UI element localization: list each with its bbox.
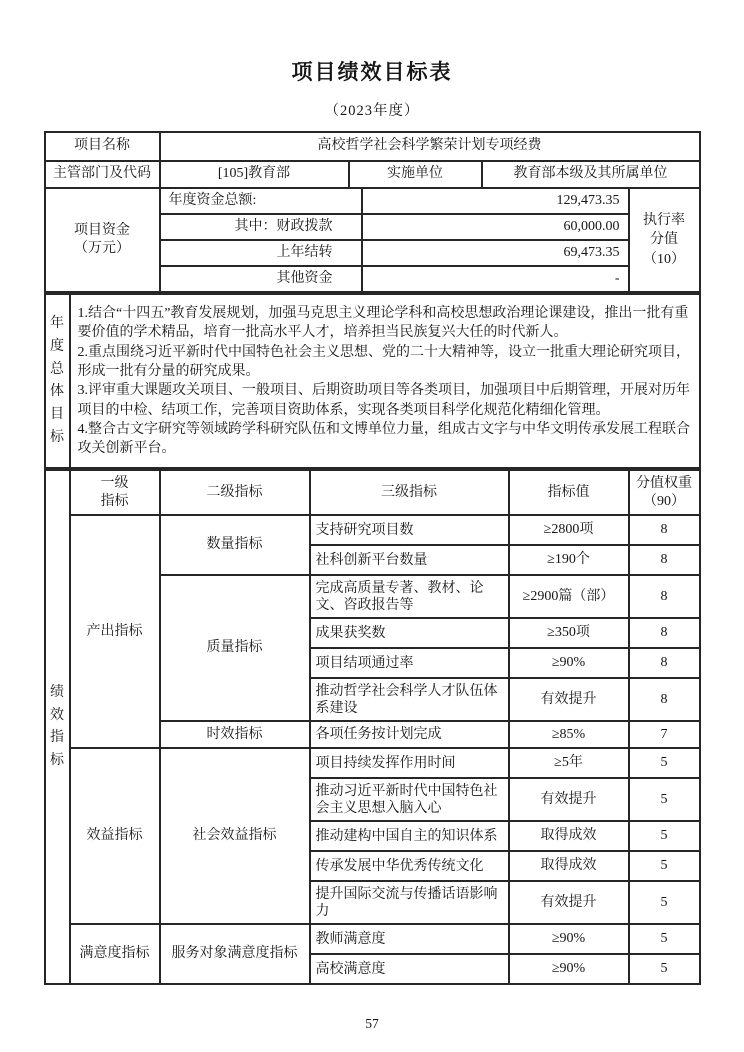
weight-cell: 5: [629, 924, 700, 954]
value-cell: 有效提升: [509, 678, 629, 721]
weight-cell: 7: [629, 721, 700, 748]
project-info-table: 项目名称 高校哲学社会科学繁荣计划专项经费 主管部门及代码 [105]教育部 实…: [44, 131, 701, 293]
value-cell: ≥2800项: [509, 515, 629, 545]
dept-code-value: [105]教育部: [160, 161, 349, 188]
perf-side-label: 绩效指标: [50, 682, 65, 773]
level3-cell: 高校满意度: [310, 954, 509, 984]
page-title: 项目绩效目标表: [0, 56, 744, 86]
level3-cell: 推动习近平新时代中国特色社会主义思想入脑入心: [310, 778, 509, 821]
value-cell: ≥350项: [509, 618, 629, 648]
annual-goal-side-label-cell: 年度总体目标: [45, 294, 70, 468]
performance-indicators-table: 绩效指标 一级 指标 二级指标 三级指标 指标值 分值权重 （90） 产出指标 …: [44, 469, 701, 985]
level2-cell: 社会效益指标: [160, 748, 310, 924]
value-cell: ≥90%: [509, 924, 629, 954]
fund-total-label: 年度资金总额:: [160, 188, 362, 214]
weight-cell: 8: [629, 515, 700, 545]
indicator-row: 产出指标 数量指标 支持研究项目数 ≥2800项 8: [45, 515, 700, 545]
page-number: 57: [0, 1016, 744, 1032]
perf-side-label-cell: 绩效指标: [45, 470, 70, 984]
weight-cell: 5: [629, 954, 700, 984]
page-subtitle: （2023年度）: [0, 99, 744, 120]
level3-cell: 提升国际交流与传播话语影响力: [310, 881, 509, 924]
value-cell: 取得成效: [509, 851, 629, 881]
level3-cell: 完成高质量专著、教材、论文、咨政报告等: [310, 575, 509, 618]
level1-cell: 满意度指标: [70, 924, 160, 984]
impl-unit-label: 实施单位: [349, 161, 482, 188]
fund-other-value: -: [362, 266, 629, 292]
fund-other-label: 其他资金: [160, 266, 362, 292]
level1-cell: 效益指标: [70, 748, 160, 924]
value-cell: ≥190个: [509, 545, 629, 575]
level1-cell: 产出指标: [70, 515, 160, 748]
annual-goal-text: 1.结合“十四五”教育发展规划，加强马克思主义理论学科和高校思想政治理论课建设，…: [70, 294, 700, 468]
indicator-row: 效益指标 社会效益指标 项目持续发挥作用时间 ≥5年 5: [45, 748, 700, 778]
level3-cell: 成果获奖数: [310, 618, 509, 648]
header-level2: 二级指标: [160, 470, 310, 515]
weight-cell: 8: [629, 575, 700, 618]
indicator-row: 满意度指标 服务对象满意度指标 教师满意度 ≥90% 5: [45, 924, 700, 954]
dept-row: 主管部门及代码 [105]教育部 实施单位 教育部本级及其所属单位: [45, 161, 700, 188]
value-cell: ≥90%: [509, 648, 629, 678]
fund-row: 项目资金 （万元） 年度资金总额: 129,473.35 执行率 分值 （10）: [45, 188, 700, 214]
weight-cell: 8: [629, 678, 700, 721]
level2-cell: 数量指标: [160, 515, 310, 575]
indicators-header-row: 绩效指标 一级 指标 二级指标 三级指标 指标值 分值权重 （90）: [45, 470, 700, 515]
project-name-value: 高校哲学社会科学繁荣计划专项经费: [160, 132, 700, 161]
annual-goal-table: 年度总体目标 1.结合“十四五”教育发展规划，加强马克思主义理论学科和高校思想政…: [44, 293, 701, 469]
value-cell: ≥2900篇（部）: [509, 575, 629, 618]
level3-cell: 教师满意度: [310, 924, 509, 954]
level2-cell: 服务对象满意度指标: [160, 924, 310, 984]
weight-cell: 8: [629, 648, 700, 678]
fund-carryover-value: 69,473.35: [362, 240, 629, 266]
project-name-row: 项目名称 高校哲学社会科学繁荣计划专项经费: [45, 132, 700, 161]
level3-cell: 推动哲学社会科学人才队伍体系建设: [310, 678, 509, 721]
level3-cell: 推动建构中国自主的知识体系: [310, 821, 509, 851]
value-cell: ≥90%: [509, 954, 629, 984]
impl-unit-value: 教育部本级及其所属单位: [482, 161, 700, 188]
level3-cell: 支持研究项目数: [310, 515, 509, 545]
header-value: 指标值: [509, 470, 629, 515]
fund-section-label: 项目资金 （万元）: [45, 188, 160, 292]
weight-cell: 5: [629, 851, 700, 881]
level2-cell: 质量指标: [160, 575, 310, 721]
weight-cell: 8: [629, 618, 700, 648]
level3-cell: 项目持续发挥作用时间: [310, 748, 509, 778]
fund-total-value: 129,473.35: [362, 188, 629, 214]
header-level3: 三级指标: [310, 470, 509, 515]
weight-cell: 5: [629, 821, 700, 851]
header-weight: 分值权重 （90）: [629, 470, 700, 515]
weight-cell: 5: [629, 748, 700, 778]
value-cell: 取得成效: [509, 821, 629, 851]
project-name-label: 项目名称: [45, 132, 160, 161]
level3-cell: 传承发展中华优秀传统文化: [310, 851, 509, 881]
annual-goal-row: 年度总体目标 1.结合“十四五”教育发展规划，加强马克思主义理论学科和高校思想政…: [45, 294, 700, 468]
header-level1: 一级 指标: [70, 470, 160, 515]
fund-carryover-label: 上年结转: [160, 240, 362, 266]
value-cell: 有效提升: [509, 881, 629, 924]
execution-rate-score-label: 执行率 分值 （10）: [629, 188, 700, 292]
weight-cell: 5: [629, 778, 700, 821]
level3-cell: 项目结项通过率: [310, 648, 509, 678]
level3-cell: 社科创新平台数量: [310, 545, 509, 575]
level3-cell: 各项任务按计划完成: [310, 721, 509, 748]
weight-cell: 8: [629, 545, 700, 575]
fund-fiscal-value: 60,000.00: [362, 214, 629, 240]
value-cell: ≥5年: [509, 748, 629, 778]
annual-goal-side-label: 年度总体目标: [50, 313, 65, 449]
value-cell: ≥85%: [509, 721, 629, 748]
weight-cell: 5: [629, 881, 700, 924]
dept-label: 主管部门及代码: [45, 161, 160, 188]
value-cell: 有效提升: [509, 778, 629, 821]
level2-cell: 时效指标: [160, 721, 310, 748]
fund-fiscal-label: 其中：财政拨款: [160, 214, 362, 240]
